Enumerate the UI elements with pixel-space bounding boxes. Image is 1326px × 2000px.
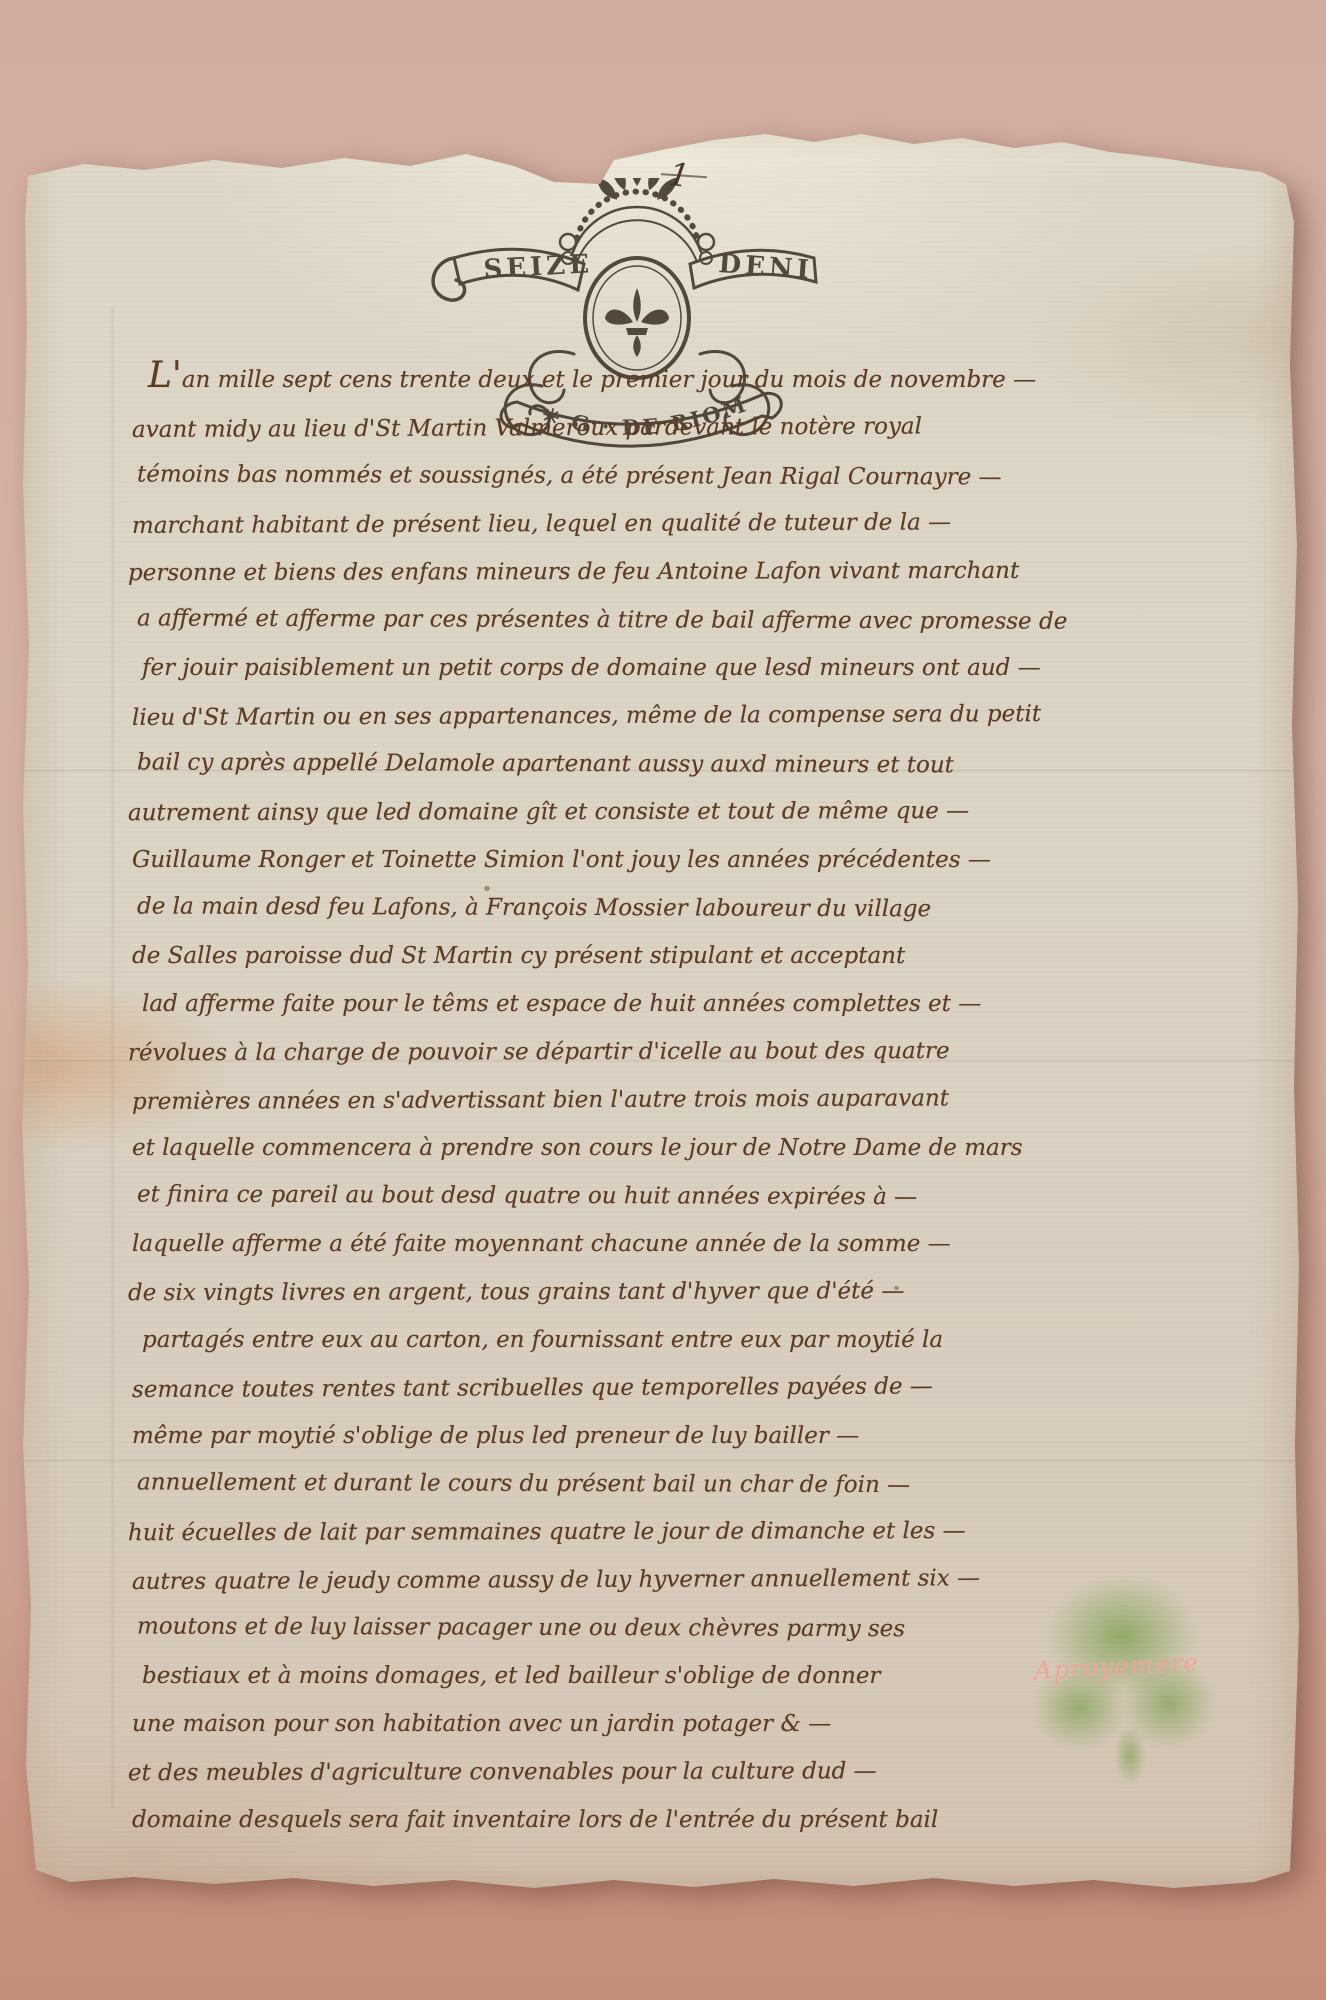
handwritten-line: et finira ce pareil au bout desd quatre … xyxy=(137,1170,1037,1221)
handwritten-line: semance toutes rentes tant scribuelles q… xyxy=(132,1362,1032,1414)
photo-background: 1 xyxy=(0,0,1326,2000)
handwritten-line: huit écuelles de lait par semmaines quat… xyxy=(128,1507,1028,1557)
handwritten-line: moutons et de luy laisser pacager une ou… xyxy=(137,1602,1037,1653)
handwritten-line: même par moytié s'oblige de plus led pre… xyxy=(132,1412,1032,1460)
handwritten-line: bestiaux et à moins domages, et led bail… xyxy=(142,1652,1042,1700)
handwritten-line: avant midy au lieu d'St Martin Valmeroux… xyxy=(132,402,1032,454)
handwritten-line: Guillaume Ronger et Toinette Simion l'on… xyxy=(132,836,1032,884)
handwritten-line: et laquelle commencera à prendre son cou… xyxy=(132,1124,1032,1172)
handwritten-line: et des meubles d'agriculture convenables… xyxy=(128,1747,1028,1797)
handwritten-line: de Salles paroisse dud St Martin cy prés… xyxy=(132,932,1032,980)
handwritten-line: partagés entre eux au carton, en fournis… xyxy=(142,1316,1042,1364)
handwritten-line: autrement ainsy que led domaine gît et c… xyxy=(128,787,1028,837)
handwritten-line: a affermé et afferme par ces présentes à… xyxy=(137,594,1037,645)
margin-crease xyxy=(110,306,115,1808)
handwritten-line: premières années en s'advertissant bien … xyxy=(132,1074,1032,1126)
handwritten-line: L'an mille sept cens trente deux et le p… xyxy=(132,352,1032,404)
handwritten-line: révolues à la charge de pouvoir se dépar… xyxy=(128,1027,1028,1077)
right-ribbon-label: DENI xyxy=(718,249,814,286)
handwritten-line: témoins bas nommés et soussignés, a été … xyxy=(137,450,1037,501)
handwritten-line: personne et biens des enfans mineurs de … xyxy=(128,547,1028,597)
manuscript-text: L'an mille sept cens trente deux et le p… xyxy=(132,352,1032,1844)
handwritten-line: de six vingts livres en argent, tous gra… xyxy=(128,1267,1028,1317)
handwritten-line: lieu d'St Martin ou en ses appartenances… xyxy=(132,690,1032,742)
left-ribbon-label: SEIZE xyxy=(483,249,594,285)
handwritten-line: autres quatre le jeudy comme aussy de lu… xyxy=(132,1554,1032,1606)
handwritten-line: bail cy après appellé Delamole apartenan… xyxy=(137,738,1037,789)
handwritten-line: domaine desquels sera fait inventaire lo… xyxy=(132,1796,1032,1844)
handwritten-line: laquelle afferme a été faite moyennant c… xyxy=(132,1220,1032,1268)
handwritten-line: annuellement et durant le cours du prése… xyxy=(137,1458,1037,1509)
handwritten-line: fer jouir paisiblement un petit corps de… xyxy=(142,644,1042,692)
green-archive-stamp: Aproyemere xyxy=(1016,1564,1228,1769)
paper-wrapper: 1 xyxy=(14,126,1306,1898)
handwritten-line: une maison pour son habitation avec un j… xyxy=(132,1700,1032,1748)
manuscript-page: 1 xyxy=(14,126,1306,1898)
handwritten-line: marchant habitant de présent lieu, leque… xyxy=(132,498,1032,550)
handwritten-line: lad afferme faite pour le têms et espace… xyxy=(142,980,1042,1028)
handwritten-line: de la main desd feu Lafons, à François M… xyxy=(137,882,1037,933)
fleur-de-lis-icon xyxy=(605,288,669,357)
